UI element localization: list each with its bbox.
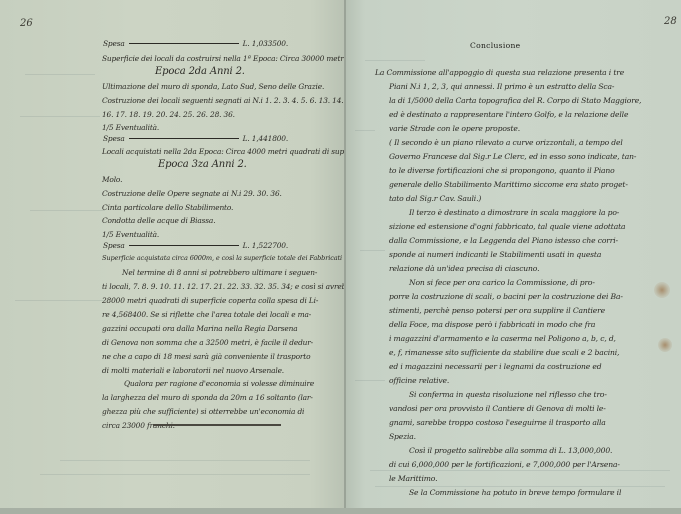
text-line: la di 1/5000 della Carta topografica del… <box>389 97 641 105</box>
text-line: sizione ed estensione d'ogni fabbricato,… <box>389 223 625 231</box>
text-line: Il terzo è destinato a dimostrare in sca… <box>409 209 619 217</box>
text-line: Superficie dei locali da costruirsi nell… <box>102 55 345 62</box>
text-line: e, f, rimanesse sito sufficiente da stab… <box>389 349 619 357</box>
text-line: di Genova non somma che a 32500 metri, è… <box>102 339 313 346</box>
closing-rule <box>153 424 281 426</box>
leader-line <box>129 138 239 139</box>
text-line: Si conferma in questa risoluzione nel ri… <box>409 391 607 399</box>
expense-amount: L. 1,033500. <box>243 39 288 48</box>
page-bottom-edge <box>0 508 681 514</box>
text-line: stimenti, perchè penso potersi per ora s… <box>389 307 605 315</box>
text-line: di cui 6,000,000 per le fortificazioni, … <box>389 461 620 469</box>
text-line: Molo. <box>102 176 122 183</box>
text-line: 1/5 Eventualità. <box>102 231 159 238</box>
text-line: Superficie acquistata circa 6000m, e cos… <box>102 255 345 262</box>
text-line: gazzini occupati ora dalla Marina nella … <box>102 325 297 332</box>
text-line: tato dal Sig.r Cav. Sauli.) <box>389 195 481 203</box>
text-line: ed è destinato a rappresentare l'intero … <box>389 111 628 119</box>
text-line: Se la Commissione ha potuto in breve tem… <box>409 489 621 497</box>
text-line: Costruzione delle Opere segnate ai N.i 2… <box>102 190 282 197</box>
text-line: relazione dà un'idea precisa di ciascuno… <box>389 265 539 273</box>
page-gutter <box>344 0 346 514</box>
text-line: Cinta particolare dello Stabilimento. <box>102 204 233 211</box>
text-line: i magazzini d'armamento e la caserma nel… <box>389 335 616 343</box>
text-line: re 4,568400. Se si riflette che l'area t… <box>102 311 311 318</box>
expense-amount: L. 1,441800. <box>243 134 288 143</box>
expense-label: Spesa <box>103 39 125 48</box>
text-line: 28000 metri quadrati di superficie coper… <box>102 297 318 304</box>
page-number: 26 <box>20 18 33 29</box>
text-line: Locali acquistati nella 2da Epoca: Circa… <box>102 148 345 155</box>
text-line: ghezza più che sufficiente) si otterrebb… <box>102 408 304 415</box>
text-line: sponde ai numeri indicanti le Stabilimen… <box>389 251 601 259</box>
leader-line <box>129 245 239 246</box>
expense-line: SpesaL. 1,441800. <box>103 135 288 142</box>
expense-label: Spesa <box>103 134 125 143</box>
page-number: 28 <box>664 16 677 27</box>
text-line: varie Strade con le opere proposte. <box>389 125 520 133</box>
ink-stain <box>658 338 672 352</box>
text-line: Piani N.i 1, 2, 3, qui annessi. Il primo… <box>389 83 614 91</box>
left-page: 26 SpesaL. 1,033500. Superficie dei loca… <box>0 0 345 514</box>
text-line: 1/5 Eventualità. <box>102 124 159 131</box>
text-line: della Foce, ma dispose però i fabbricati… <box>389 321 595 329</box>
section-heading: Epoca 2da Anni 2. <box>155 67 245 77</box>
text-line: Così il progetto salirebbe alla somma di… <box>409 447 612 455</box>
text-line: la larghezza del muro di sponda da 20m a… <box>102 394 313 401</box>
text-line: to le diverse fortificazioni che si prop… <box>389 167 615 175</box>
text-line: Nel termine di 8 anni si potrebbero ulti… <box>122 269 317 276</box>
text-line: officine relative. <box>389 377 449 385</box>
text-line: di molti materiali e laboratorii nel nuo… <box>102 367 284 374</box>
section-heading: Epoca 3za Anni 2. <box>158 160 247 170</box>
text-line: generale dello Stabilimento Marittimo si… <box>389 181 628 189</box>
leader-line <box>129 43 239 44</box>
expense-amount: L. 1,522700. <box>243 241 288 250</box>
expense-line: SpesaL. 1,033500. <box>103 40 288 47</box>
ink-stain <box>654 282 670 298</box>
text-line: dalla Commissione, e la Leggenda del Pia… <box>389 237 618 245</box>
text-line: vandosi per ora provvisto il Cantiere di… <box>389 405 606 413</box>
manuscript-spread: 26 SpesaL. 1,033500. Superficie dei loca… <box>0 0 681 514</box>
text-line: le Marittimo. <box>389 475 437 483</box>
text-line: La Commissione all'appoggio di questa su… <box>375 69 624 77</box>
right-page: 28 Conclusione La Commissione all'appogg… <box>345 0 681 514</box>
text-line: Qualora per ragione d'economia si voless… <box>124 380 314 387</box>
text-line: Spezia. <box>389 433 416 441</box>
expense-label: Spesa <box>103 241 125 250</box>
page-title: Conclusione <box>470 42 520 50</box>
text-line: gnami, sarebbe troppo costoso l'eseguirn… <box>389 419 606 427</box>
text-line: Non si fece per ora carico la Commission… <box>409 279 595 287</box>
text-line: 16. 17. 18. 19. 20. 24. 25. 26. 28. 36. <box>102 111 235 118</box>
text-line: Condotta delle acque di Biassa. <box>102 217 215 224</box>
text-line: ne che a capo di 18 mesi sarà già conven… <box>102 353 310 360</box>
text-line: porre la costruzione di scali, o bacini … <box>389 293 623 301</box>
text-line: ed i magazzini necessarii per i legnami … <box>389 363 601 371</box>
text-line: ti locali, 7. 8. 9. 10. 11. 12. 17. 21. … <box>102 283 345 290</box>
text-line: Costruzione dei locali seguenti segnati … <box>102 97 343 104</box>
text-line: Ultimazione del muro di sponda, Lato Sud… <box>102 83 324 90</box>
text-line: Governo Francese dal Sig.r Le Clerc, ed … <box>389 153 636 161</box>
text-line: ( Il secondo è un piano rilevato a curve… <box>389 139 623 147</box>
expense-line: SpesaL. 1,522700. <box>103 242 288 249</box>
